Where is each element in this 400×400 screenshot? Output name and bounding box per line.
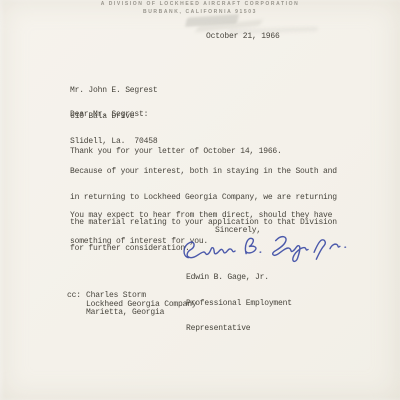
sender-title-line-2: Representative — [186, 325, 292, 334]
sender-title-line-1: Professional Employment — [186, 300, 292, 309]
cc-city: Marietta, Georgia — [86, 309, 164, 318]
salutation: Dear Mr. Segrest: — [70, 111, 148, 120]
date-line: October 21, 1966 — [206, 33, 280, 42]
recipient-name: Mr. John E. Segrest — [70, 87, 157, 96]
body-line: You may expect to hear from them direct,… — [70, 212, 332, 221]
cc-block: cc: Charles Storm Lockheed Georgia Compa… — [67, 292, 85, 343]
typed-signature-block: Edwin B. Gage, Jr. Professional Employme… — [186, 257, 292, 351]
typed-name: Edwin B. Gage, Jr. — [186, 274, 292, 283]
letter-page: A DIVISION OF LOCKHEED AIRCRAFT CORPORAT… — [0, 0, 400, 400]
body-line: Because of your interest, both in stayin… — [70, 168, 337, 177]
letterhead-address-line: BURBANK, CALIFORNIA 91503 — [0, 9, 400, 15]
letterhead-division-line: A DIVISION OF LOCKHEED AIRCRAFT CORPORAT… — [0, 1, 400, 7]
cc-label: cc: — [67, 292, 81, 301]
